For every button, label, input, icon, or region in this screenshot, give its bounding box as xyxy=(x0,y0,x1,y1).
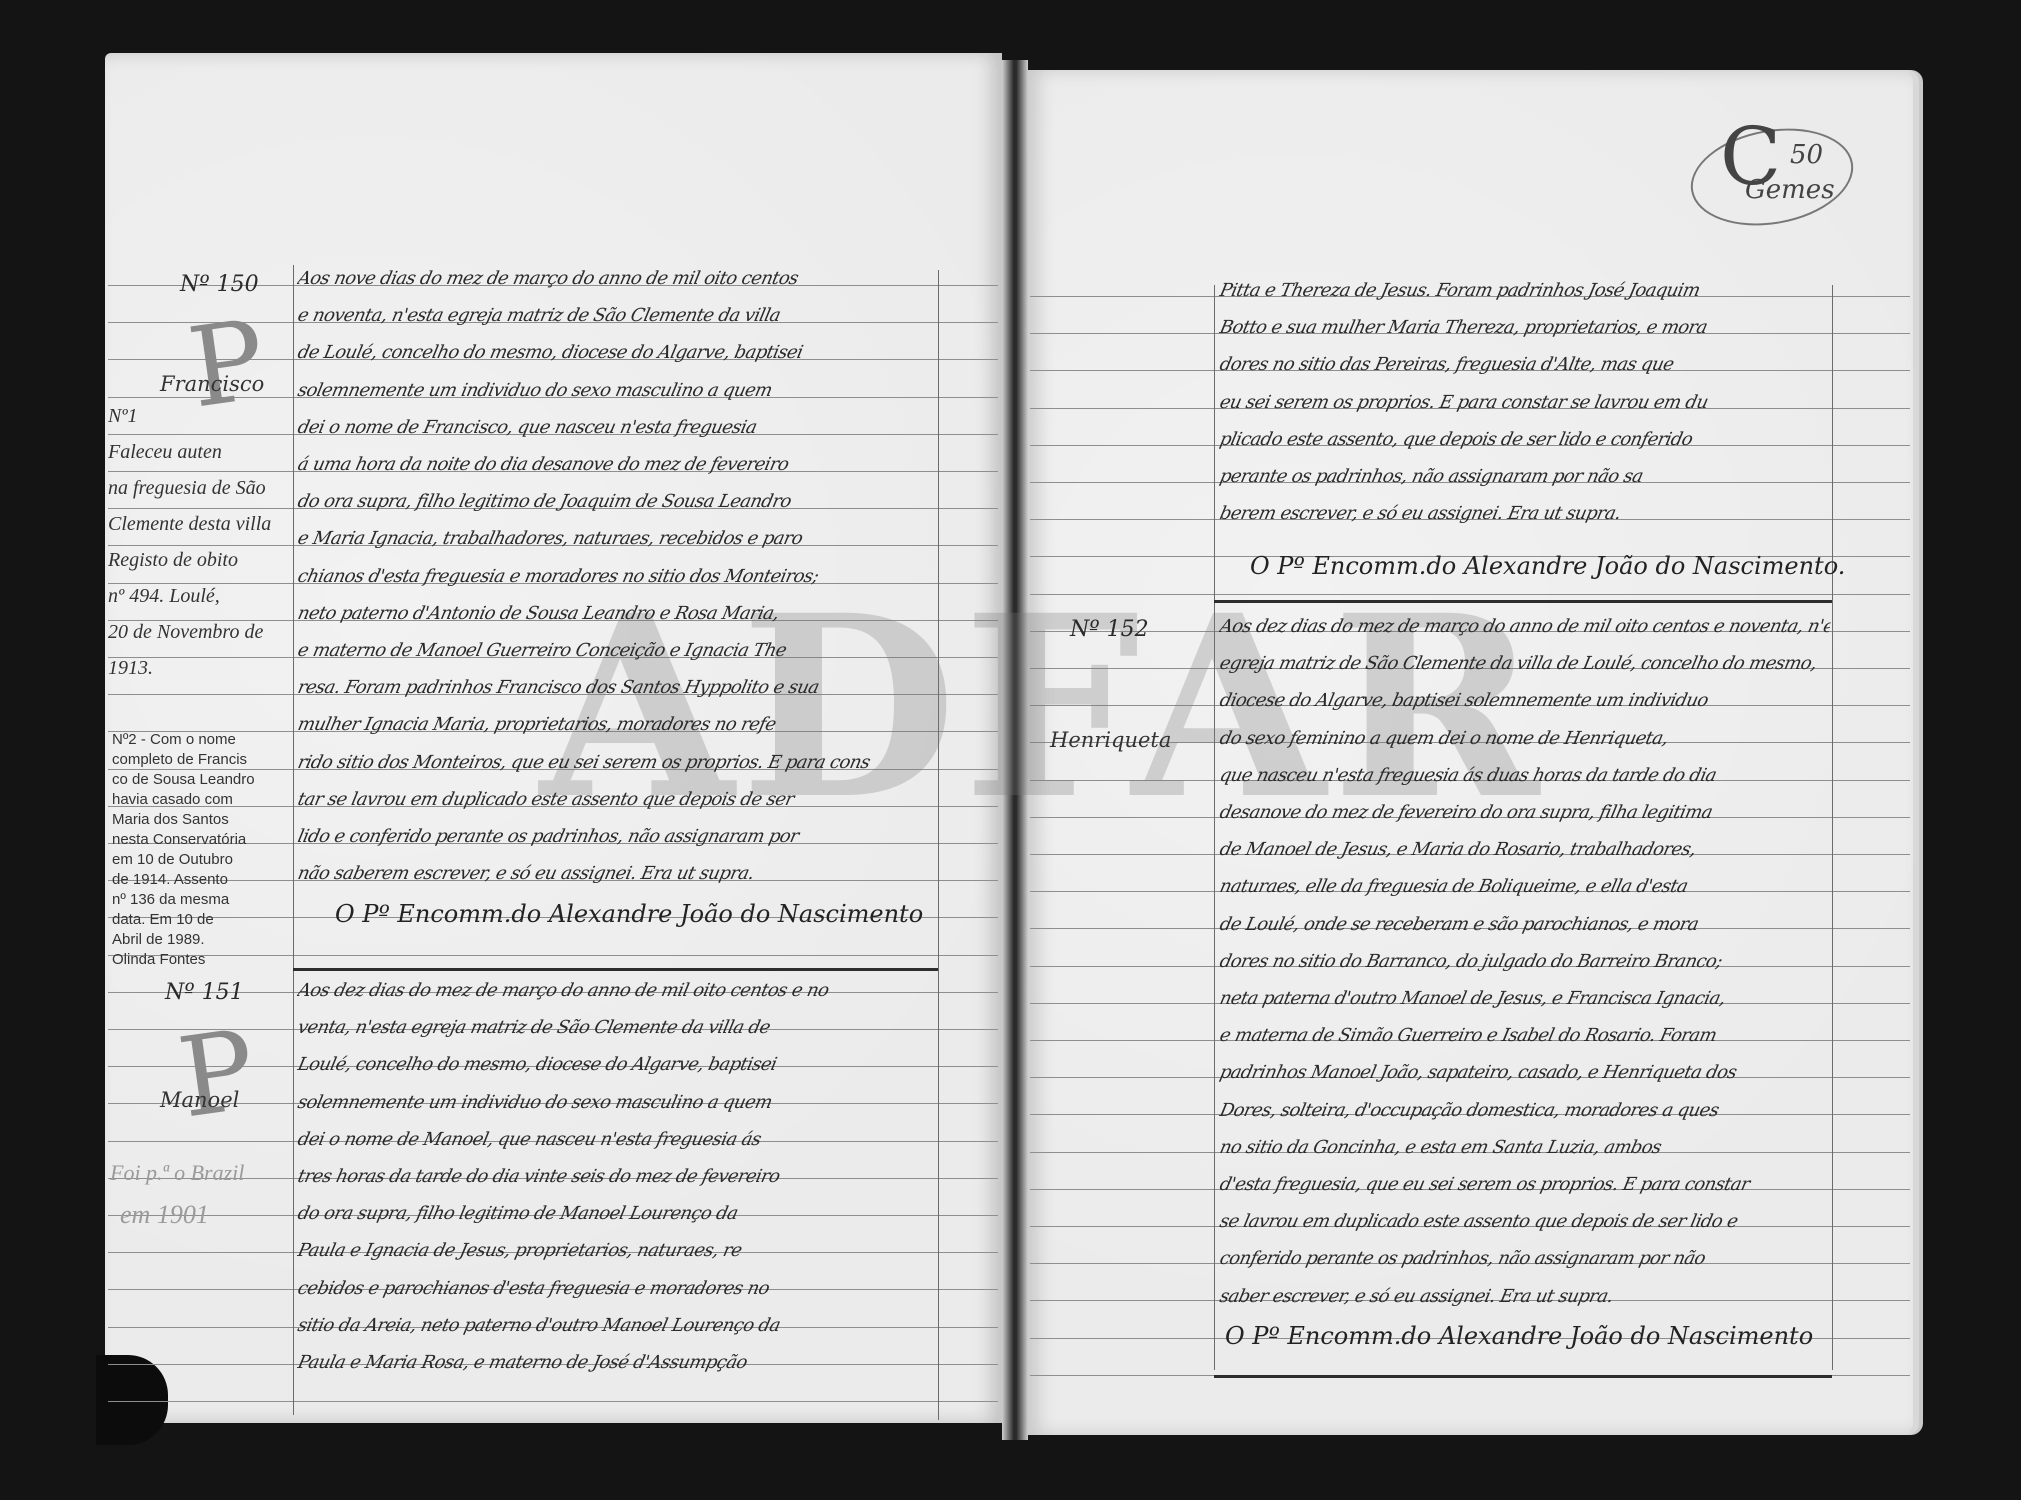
note-line: havia casado com xyxy=(112,790,297,810)
handwritten-line: Loulé, concelho do mesmo, diocese do Alg… xyxy=(296,1054,940,1075)
handwritten-line: Dores, solteira, d'occupação domestica, … xyxy=(1218,1100,1832,1121)
handwritten-line: se lavrou em duplicado este assento que … xyxy=(1218,1211,1832,1232)
margin-name: Francisco xyxy=(160,372,264,396)
handwritten-line: eu sei serem os proprios. E para constar… xyxy=(1218,392,1832,413)
entry-separator xyxy=(293,968,938,971)
note-line: 1913. xyxy=(108,650,298,686)
handwritten-line: tres horas da tarde do dia vinte seis do… xyxy=(296,1166,940,1187)
handwritten-line: e Maria Ignacia, trabalhadores, naturaes… xyxy=(296,528,940,549)
handwritten-line: lido e conferido perante os padrinhos, n… xyxy=(296,826,940,847)
handwritten-line: conferido perante os padrinhos, não assi… xyxy=(1218,1248,1832,1269)
handwritten-line: d'esta freguesia, que eu sei serem os pr… xyxy=(1218,1174,1832,1195)
handwritten-line: naturaes, elle da freguesia de Boliqueim… xyxy=(1218,876,1832,897)
handwritten-line: neta paterna d'outro Manoel de Jesus, e … xyxy=(1218,988,1832,1009)
margin-note-marriage: Nº2 - Com o nomecompleto de Francisco de… xyxy=(112,730,297,970)
note-line: Clemente desta villa xyxy=(108,506,298,542)
handwritten-line: sitio da Areia, neto paterno d'outro Man… xyxy=(296,1315,940,1336)
note-line: nº 494. Loulé, xyxy=(108,578,298,614)
thumb-shadow xyxy=(96,1355,168,1445)
note-line: 20 de Novembro de xyxy=(108,614,298,650)
handwritten-line: venta, n'esta egreja matriz de São Cleme… xyxy=(296,1017,940,1038)
handwritten-line: saber escrever, e só eu assignei. Era ut… xyxy=(1218,1286,1832,1307)
handwritten-line: que nasceu n'esta freguesia ás duas hora… xyxy=(1218,765,1832,786)
handwritten-line: á uma hora da noite do dia desanove do m… xyxy=(296,454,940,475)
handwritten-line: resa. Foram padrinhos Francisco dos Sant… xyxy=(296,677,940,698)
handwritten-line: berem escrever, e só eu assignei. Era ut… xyxy=(1218,503,1832,524)
handwritten-line: dei o nome de Francisco, que nasceu n'es… xyxy=(296,417,940,438)
handwritten-line: dores no sitio das Pereiras, freguesia d… xyxy=(1218,354,1832,375)
handwritten-line: Pitta e Thereza de Jesus. Foram padrinho… xyxy=(1218,280,1832,301)
note-line: nº 136 da mesma xyxy=(112,890,297,910)
handwritten-line: Botto e sua mulher Maria Thereza, propri… xyxy=(1218,317,1832,338)
margin-note-death: Nº1Faleceu autenna freguesia de SãoCleme… xyxy=(108,398,298,686)
priest-signature: O Pº Encomm.do Alexandre João do Nascime… xyxy=(335,900,923,928)
handwritten-line: e noventa, n'esta egreja matriz de São C… xyxy=(296,305,940,326)
note-line: Abril de 1989. xyxy=(112,930,297,950)
note-line: Faleceu auten xyxy=(108,434,298,470)
handwritten-line: egreja matriz de São Clemente da villa d… xyxy=(1218,653,1832,674)
handwritten-line: padrinhos Manoel João, sapateiro, casado… xyxy=(1218,1062,1832,1083)
note-line: Maria dos Santos xyxy=(112,810,297,830)
handwritten-line: dores no sitio do Barranco, do julgado d… xyxy=(1218,951,1832,972)
handwritten-line: Paula e Ignacia de Jesus, proprietarios,… xyxy=(296,1240,940,1261)
handwritten-line: do ora supra, filho legitimo de Joaquim … xyxy=(296,491,940,512)
handwritten-line: de Loulé, concelho do mesmo, diocese do … xyxy=(296,342,940,363)
handwritten-line: Aos dez dias do mez de março do anno de … xyxy=(1218,616,1832,637)
handwritten-line: desanove do mez de fevereiro do ora supr… xyxy=(1218,802,1832,823)
handwritten-line: do sexo feminino a quem dei o nome de He… xyxy=(1218,728,1832,749)
handwritten-line: de Loulé, onde se receberam e são paroch… xyxy=(1218,914,1832,935)
entry-number: Nº 150 xyxy=(180,272,259,297)
note-line: Nº2 - Com o nome xyxy=(112,730,297,750)
handwritten-line: rido sitio dos Monteiros, que eu sei ser… xyxy=(296,752,940,773)
note-line: na freguesia de São xyxy=(108,470,298,506)
note-line: completo de Francis xyxy=(112,750,297,770)
handwritten-line: e materno de Manoel Guerreiro Conceição … xyxy=(296,640,940,661)
entry-separator xyxy=(1214,1375,1832,1378)
handwritten-line: chianos d'esta freguesia e moradores no … xyxy=(296,566,940,587)
handwritten-line: de Manoel de Jesus, e Maria do Rosario, … xyxy=(1218,839,1832,860)
note-line: Registo de obito xyxy=(108,542,298,578)
handwritten-line: do ora supra, filho legitimo de Manoel L… xyxy=(296,1203,940,1224)
entry-number: Nº 151 xyxy=(165,980,244,1005)
margin-note-brazil: Foi p.ª o Brazil xyxy=(110,1160,244,1186)
margin-note-year: em 1901 xyxy=(120,1200,209,1230)
ruled-line xyxy=(108,1401,998,1402)
page-number: 50 xyxy=(1790,140,1823,170)
note-line: de 1914. Assento xyxy=(112,870,297,890)
right-right-rule xyxy=(1832,285,1833,1370)
priest-signature: O Pº Encomm.do Alexandre João do Nascime… xyxy=(1225,1322,1813,1350)
entry-number: Nº 152 xyxy=(1070,617,1149,642)
stamp-signature: Gemes xyxy=(1745,175,1835,205)
note-line: em 10 de Outubro xyxy=(112,850,297,870)
note-line: nesta Conservatória xyxy=(112,830,297,850)
handwritten-line: Aos dez dias do mez de março do anno de … xyxy=(296,980,940,1001)
note-line: co de Sousa Leandro xyxy=(112,770,297,790)
handwritten-line: não saberem escrever, e só eu assignei. … xyxy=(296,863,940,884)
handwritten-line: neto paterno d'Antonio de Sousa Leandro … xyxy=(296,603,940,624)
priest-signature: O Pº Encomm.do Alexandre João do Nascime… xyxy=(1250,552,1845,580)
handwritten-line: solemnemente um individuo do sexo mascul… xyxy=(296,1092,940,1113)
handwritten-line: mulher Ignacia Maria, proprietarios, mor… xyxy=(296,714,940,735)
handwritten-line: Paula e Maria Rosa, e materno de José d'… xyxy=(296,1352,940,1373)
handwritten-line: solemnemente um individuo do sexo mascul… xyxy=(296,380,940,401)
handwritten-line: plicado este assento, que depois de ser … xyxy=(1218,429,1832,450)
note-line: Nº1 xyxy=(108,398,298,434)
handwritten-line: dei o nome de Manoel, que nasceu n'esta … xyxy=(296,1129,940,1150)
handwritten-line: diocese do Algarve, baptisei solemnement… xyxy=(1218,690,1832,711)
handwritten-line: tar se lavrou em duplicado este assento … xyxy=(296,789,940,810)
handwritten-line: perante os padrinhos, não assignaram por… xyxy=(1218,466,1832,487)
note-line: data. Em 10 de xyxy=(112,910,297,930)
handwritten-line: Aos nove dias do mez de março do anno de… xyxy=(296,268,940,289)
margin-name: Henriqueta xyxy=(1050,728,1171,752)
handwritten-line: no sitio da Goncinha, e esta em Santa Lu… xyxy=(1218,1137,1832,1158)
note-line: Olinda Fontes xyxy=(112,950,297,970)
handwritten-line: e materna de Simão Guerreiro e Isabel do… xyxy=(1218,1025,1832,1046)
handwritten-line: cebidos e parochianos d'esta freguesia e… xyxy=(296,1278,940,1299)
margin-name: Manoel xyxy=(160,1088,239,1112)
